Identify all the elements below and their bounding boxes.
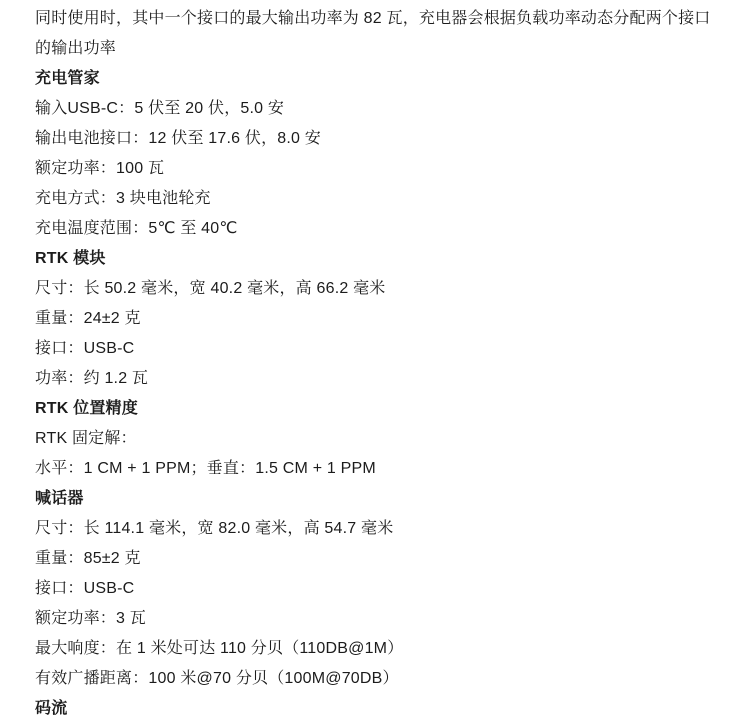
section-heading-rtk-module: RTK 模块 — [35, 244, 723, 274]
spec-line-speaker-port: 接口：USB-C — [35, 574, 723, 604]
spec-line-charging-temp-range: 充电温度范围：5℃ 至 40℃ — [35, 214, 723, 244]
spec-line-broadcast-distance: 有效广播距离：100 米@70 分贝（100M@70DB） — [35, 664, 723, 694]
spec-line-rated-power-hub: 额定功率：100 瓦 — [35, 154, 723, 184]
spec-line-rtk-power: 功率：约 1.2 瓦 — [35, 364, 723, 394]
spec-line-rtk-hv-accuracy: 水平：1 CM + 1 PPM；垂直：1.5 CM + 1 PPM — [35, 454, 723, 484]
spec-line-output-battery-port: 输出电池接口：12 伏至 17.6 伏，8.0 安 — [35, 124, 723, 154]
spec-line-speaker-max-loudness: 最大响度：在 1 米处可达 110 分贝（110DB@1M） — [35, 634, 723, 664]
spec-line-speaker-dimensions: 尺寸：长 114.1 毫米，宽 82.0 毫米，高 54.7 毫米 — [35, 514, 723, 544]
spec-line-speaker-rated-power: 额定功率：3 瓦 — [35, 604, 723, 634]
section-heading-speaker: 喊话器 — [35, 484, 723, 514]
spec-line-rtk-dimensions: 尺寸：长 50.2 毫米，宽 40.2 毫米，高 66.2 毫米 — [35, 274, 723, 304]
section-heading-rtk-accuracy: RTK 位置精度 — [35, 394, 723, 424]
section-heading-bitrate: 码流 — [35, 694, 723, 724]
spec-document: 同时使用时，其中一个接口的最大输出功率为 82 瓦，充电器会根据负载功率动态分配… — [0, 0, 750, 724]
spec-line-rtk-fix: RTK 固定解： — [35, 424, 723, 454]
spec-line-rtk-weight: 重量：24±2 克 — [35, 304, 723, 334]
spec-line-charging-mode: 充电方式：3 块电池轮充 — [35, 184, 723, 214]
section-heading-charging-hub: 充电管家 — [35, 64, 723, 94]
intro-paragraph: 同时使用时，其中一个接口的最大输出功率为 82 瓦，充电器会根据负载功率动态分配… — [35, 4, 723, 64]
spec-line-rtk-port: 接口：USB-C — [35, 334, 723, 364]
spec-line-input-usbc: 输入USB-C：5 伏至 20 伏，5.0 安 — [35, 94, 723, 124]
spec-line-speaker-weight: 重量：85±2 克 — [35, 544, 723, 574]
